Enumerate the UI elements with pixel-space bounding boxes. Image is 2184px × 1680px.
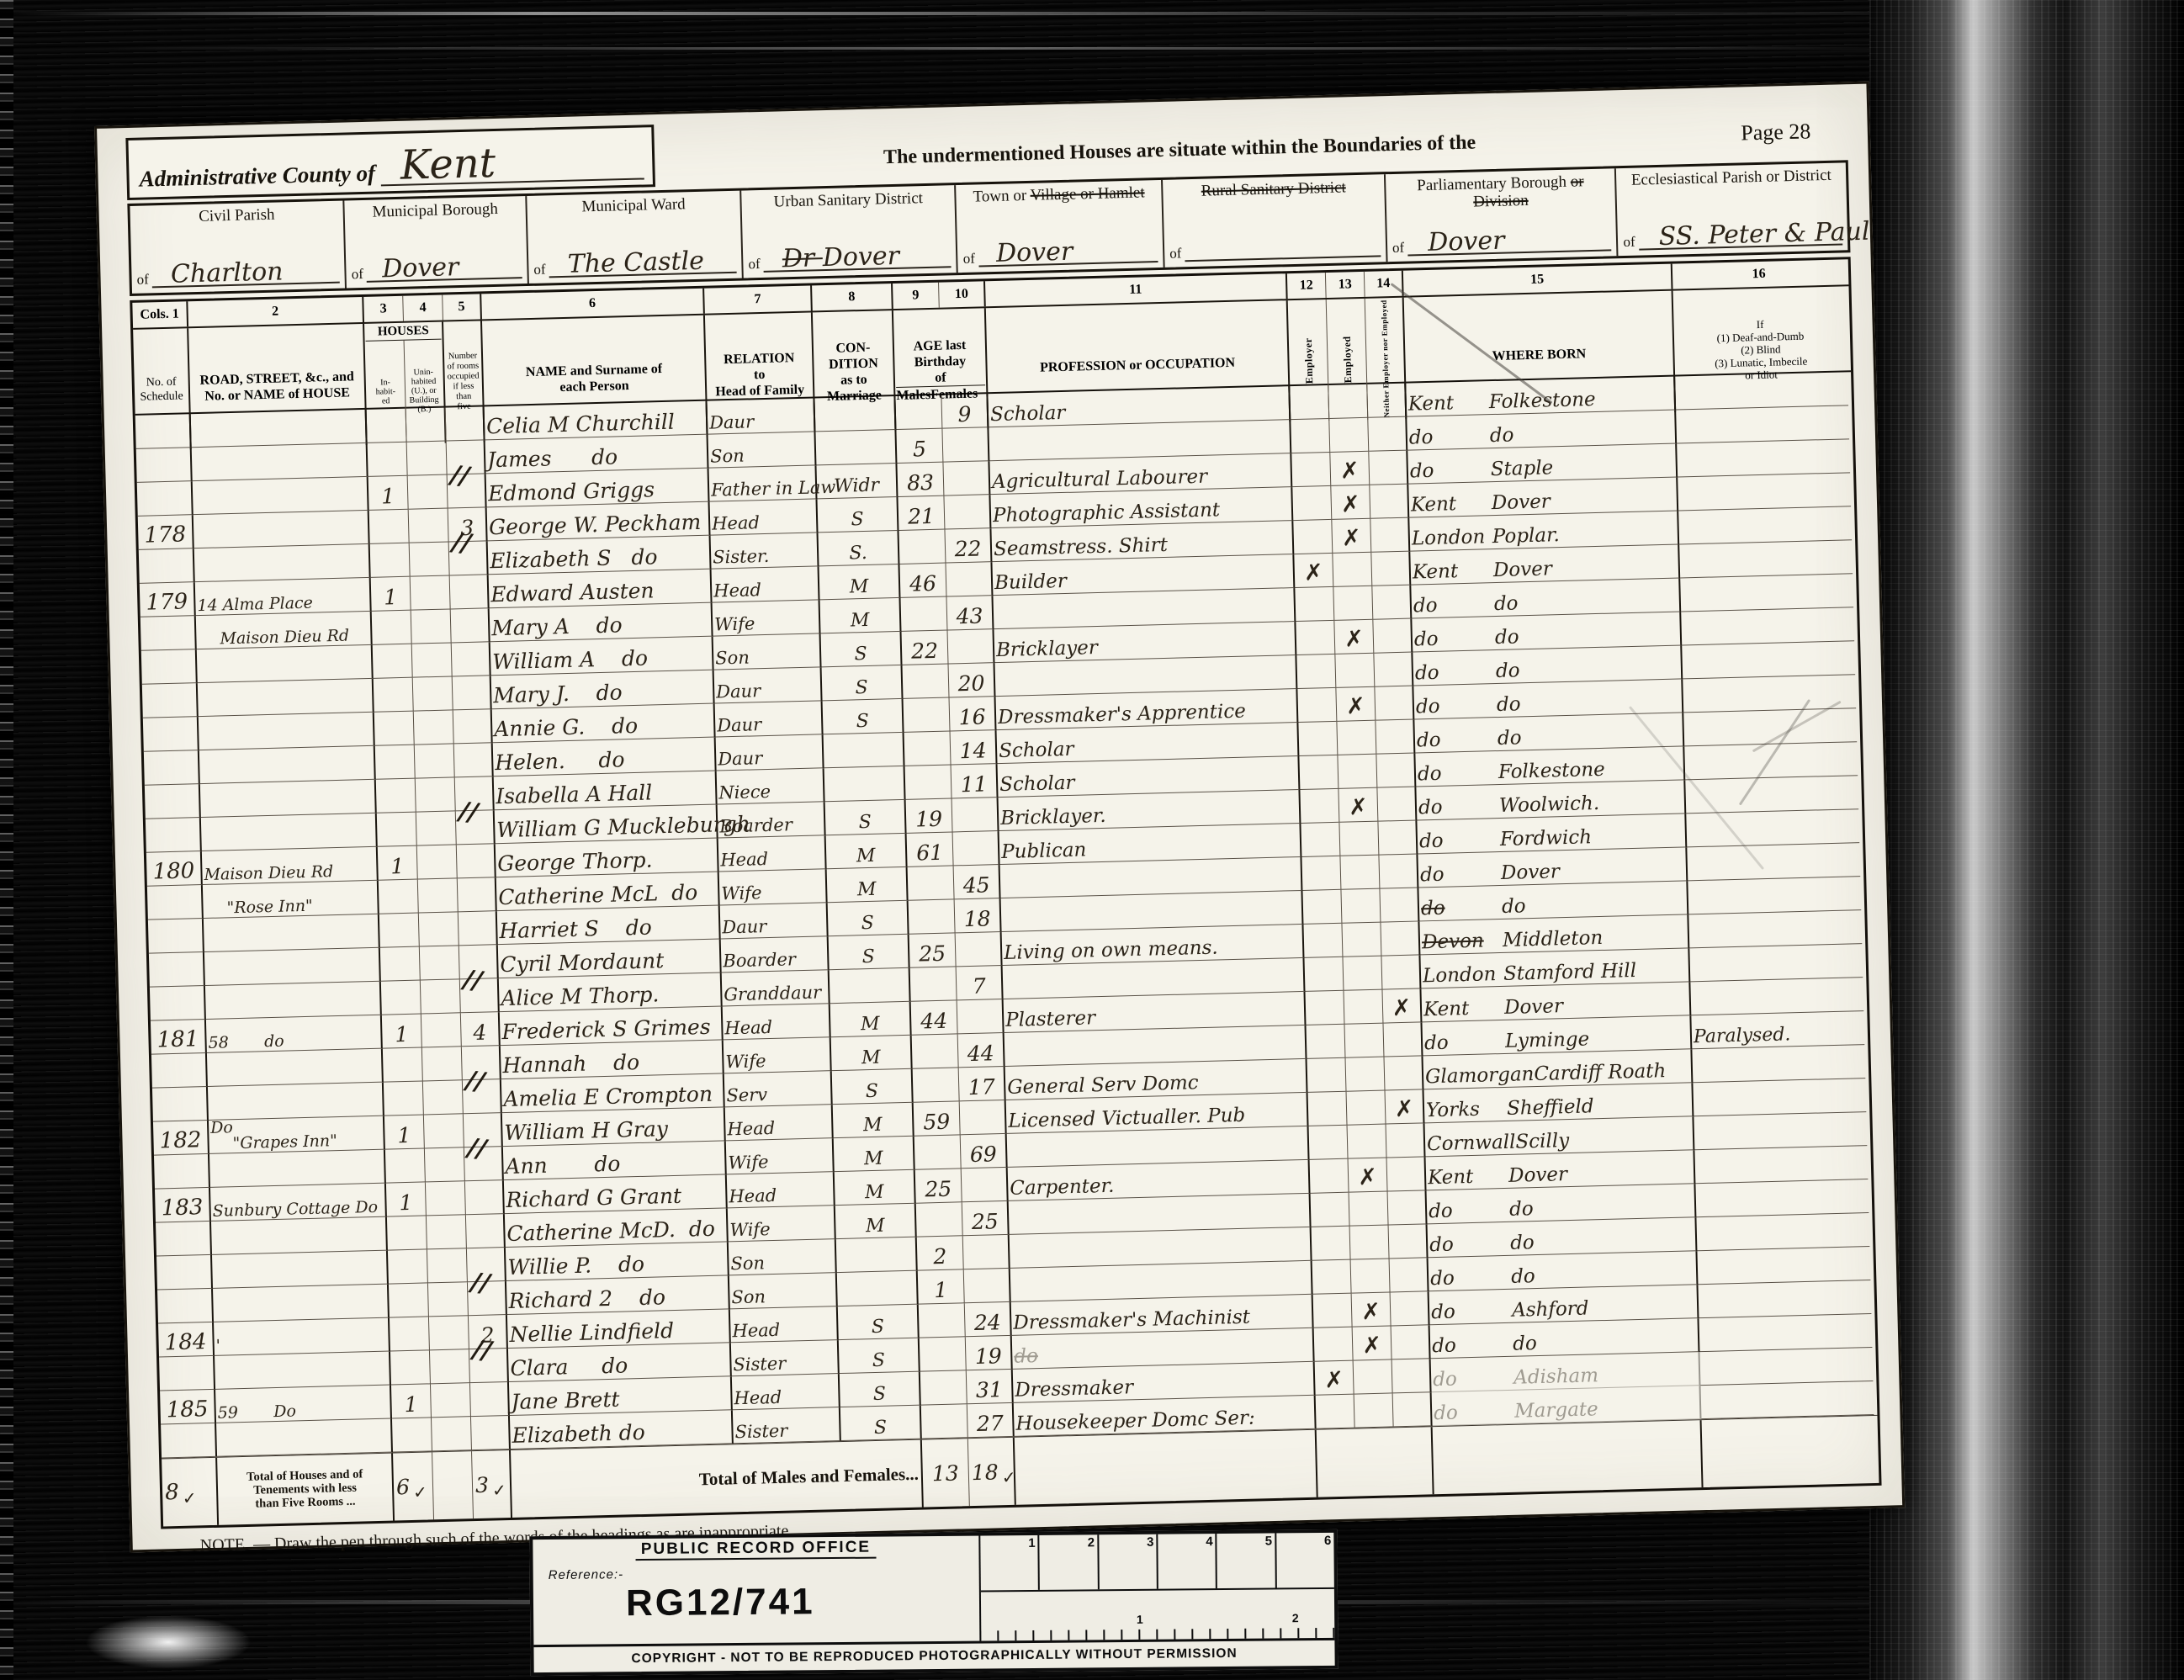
district-value-line: ofDover bbox=[962, 219, 1158, 268]
text: The Castle bbox=[567, 246, 704, 279]
cell-age-female: 20 bbox=[949, 663, 996, 697]
occupation-text: do bbox=[1014, 1345, 1038, 1368]
born-county: do bbox=[1416, 694, 1498, 718]
cell-inhabited bbox=[380, 947, 421, 982]
born-county: London bbox=[1423, 963, 1504, 987]
cell-age-male: 61 bbox=[907, 832, 954, 866]
cell-uninhabited bbox=[431, 1383, 471, 1418]
of-word: of bbox=[352, 266, 368, 283]
born-place: Ashford bbox=[1512, 1298, 1589, 1322]
born-place: Dover bbox=[1508, 1163, 1568, 1187]
cell-address: 59 Do bbox=[215, 1386, 392, 1423]
of-word: of bbox=[748, 256, 764, 273]
cell-rooms: // bbox=[468, 1281, 507, 1316]
text: 18 bbox=[971, 1460, 999, 1485]
cell-name: Cyril Mordaunt bbox=[498, 939, 722, 978]
x-mark: ✗ bbox=[1358, 1164, 1377, 1191]
cell-age-male: 25 bbox=[909, 933, 957, 967]
cell-rooms bbox=[466, 1214, 506, 1248]
cell-age-female bbox=[952, 798, 999, 832]
cell-schedule bbox=[143, 717, 199, 752]
cell-uninhabited bbox=[423, 1080, 464, 1115]
inch-segment: 1 bbox=[980, 1535, 1040, 1591]
born-county: do bbox=[1429, 1232, 1511, 1256]
cell-rooms bbox=[465, 1180, 505, 1215]
cell-inhabited bbox=[372, 611, 412, 645]
cell-inhabited bbox=[373, 644, 413, 679]
cell-schedule bbox=[145, 784, 201, 819]
col-number: 6 bbox=[481, 289, 705, 320]
cell-relation: Granddaur bbox=[722, 970, 830, 1006]
stamp-reference-label: Reference:- bbox=[549, 1567, 624, 1582]
cell-address: Maison Dieu Rd bbox=[202, 847, 379, 885]
total-inhabited: 6✓ bbox=[393, 1452, 434, 1520]
cell-inhabited bbox=[389, 1283, 429, 1317]
born-place: do bbox=[1510, 1232, 1535, 1254]
cell-uninhabited bbox=[427, 1248, 468, 1283]
cell-age-female bbox=[942, 427, 989, 462]
cell-name: Helen. do bbox=[493, 738, 717, 777]
cell-neither bbox=[1372, 586, 1412, 620]
cell-age-female: 11 bbox=[952, 764, 999, 798]
cell-relation: Head bbox=[710, 499, 819, 535]
text: Urban Sanitary District bbox=[773, 189, 923, 210]
total-houses-label: Total of Houses and ofTenements with les… bbox=[217, 1454, 395, 1525]
cell-condition: S bbox=[823, 699, 904, 734]
district-underline bbox=[1184, 211, 1381, 262]
cell-infirmity bbox=[1694, 1146, 1868, 1184]
cell-neither: ✗ bbox=[1382, 988, 1422, 1023]
cell-employer bbox=[1296, 655, 1336, 689]
x-mark: ✗ bbox=[1344, 626, 1364, 653]
born-county: do bbox=[1430, 1266, 1512, 1290]
cell-age-male: 25 bbox=[915, 1169, 962, 1203]
cell-condition: Widr bbox=[816, 464, 898, 499]
cell-age-female: 69 bbox=[961, 1134, 1008, 1169]
district-underline: SS. Peter & Paul bbox=[1638, 199, 1843, 250]
household-divider-mark: // bbox=[451, 527, 473, 559]
cell-relation: Daur bbox=[720, 903, 829, 939]
cell-age-male bbox=[913, 1068, 960, 1102]
cell-employer bbox=[1300, 789, 1339, 824]
header-line: DITION bbox=[829, 356, 878, 373]
born-county: do bbox=[1418, 761, 1499, 785]
cell-employed bbox=[1349, 1191, 1389, 1226]
born-county: do bbox=[1434, 1401, 1515, 1424]
cell-inhabited bbox=[390, 1317, 430, 1351]
stamp-office-title: PUBLIC RECORD OFFICE bbox=[533, 1538, 978, 1561]
district-value: Dover bbox=[996, 237, 1073, 268]
x-mark: ✗ bbox=[1362, 1333, 1381, 1359]
occupation-text: Publican bbox=[1001, 839, 1087, 863]
cell-schedule bbox=[137, 481, 193, 517]
cell-condition: S bbox=[832, 1069, 914, 1105]
cell-age-male bbox=[904, 731, 952, 766]
cell-name: George Thorp. bbox=[496, 839, 719, 878]
cell-inhabited bbox=[374, 712, 415, 746]
district-value: Dover bbox=[1428, 226, 1505, 257]
text: Parliamentary Borough bbox=[1417, 173, 1571, 195]
cell-employer bbox=[1305, 991, 1344, 1025]
cell-employed: ✗ bbox=[1334, 620, 1374, 655]
cell-employed bbox=[1344, 990, 1383, 1025]
cell-relation: Sister bbox=[731, 1340, 840, 1376]
occupation-text: Housekeeper Domc Ser: bbox=[1015, 1407, 1255, 1435]
cell-employed: ✗ bbox=[1352, 1292, 1392, 1327]
total-schedule: 8✓ bbox=[162, 1458, 219, 1527]
address-line1: 59 Do bbox=[218, 1403, 297, 1421]
cell-employed bbox=[1335, 654, 1375, 688]
cell-relation: Niece bbox=[717, 768, 825, 804]
born-county: do bbox=[1419, 829, 1501, 852]
cell-neither bbox=[1367, 384, 1407, 418]
header-line: if less bbox=[453, 382, 474, 393]
cell-condition: M bbox=[820, 598, 902, 633]
cell-address bbox=[194, 544, 371, 582]
cell-employer bbox=[1308, 1092, 1348, 1126]
cell-infirmity bbox=[1689, 944, 1863, 982]
text: Employed bbox=[1341, 336, 1352, 383]
cell-infirmity bbox=[1699, 1314, 1872, 1352]
address-line1: ' bbox=[216, 1338, 221, 1354]
occupation-text: Seamstress. Shirt bbox=[994, 534, 1169, 560]
table-rows: Celia M ChurchillDaur9ScholarKentFolkest… bbox=[135, 372, 1878, 1458]
cell-schedule: 178 bbox=[138, 515, 194, 550]
cell-relation: Son bbox=[729, 1239, 837, 1275]
cell-inhabited bbox=[390, 1350, 431, 1385]
cell-age-female: 22 bbox=[945, 528, 992, 563]
cell-uninhabited bbox=[429, 1316, 469, 1350]
cell-uninhabited bbox=[427, 1215, 467, 1249]
cell-relation: Son bbox=[729, 1273, 838, 1309]
district-underline: Dover bbox=[366, 233, 522, 283]
occupation-text: Carpenter. bbox=[1010, 1175, 1115, 1200]
district-value-line: ofThe Castle bbox=[533, 230, 736, 278]
header-line: than bbox=[456, 392, 471, 402]
cell-neither bbox=[1381, 921, 1420, 956]
cell-relation: Head bbox=[732, 1374, 840, 1410]
cell-infirmity bbox=[1685, 776, 1858, 814]
cell-relation: Wife bbox=[713, 600, 821, 636]
cell-employed bbox=[1333, 553, 1372, 587]
cell-inhabited: 1 bbox=[386, 1182, 427, 1216]
cell-infirmity bbox=[1676, 405, 1849, 443]
cell-address bbox=[197, 645, 374, 683]
cell-employed bbox=[1329, 418, 1369, 453]
cell-employed bbox=[1350, 1225, 1390, 1259]
cell-schedule bbox=[148, 919, 204, 954]
cell-rooms bbox=[452, 642, 491, 676]
cell-infirmity bbox=[1687, 843, 1860, 881]
address-line1: 58 do bbox=[208, 1034, 284, 1052]
address-lines: "Rose Inn" bbox=[204, 898, 313, 917]
cell-uninhabited bbox=[415, 744, 455, 778]
cell-employer bbox=[1307, 1025, 1346, 1059]
cell-inhabited bbox=[369, 510, 410, 544]
district-value: Dr Dover bbox=[782, 241, 899, 274]
cell-name: William A do bbox=[490, 637, 714, 676]
cell-age-female: 14 bbox=[951, 730, 998, 765]
cell-condition bbox=[814, 396, 896, 432]
cell-employed bbox=[1351, 1259, 1391, 1293]
cell-uninhabited bbox=[413, 676, 453, 711]
born-county: do bbox=[1417, 728, 1498, 751]
header-line: (1) Deaf-and-Dumb bbox=[1716, 329, 1804, 344]
cell-relation: Daur bbox=[714, 667, 823, 703]
total-uninhabited bbox=[432, 1451, 474, 1519]
cell-relation: Sister. bbox=[711, 533, 819, 569]
cell-age-male bbox=[921, 1404, 968, 1439]
total-houses-label-lines: Total of Houses and ofTenements with les… bbox=[220, 1467, 390, 1512]
cell-relation: Head bbox=[725, 1105, 834, 1141]
x-mark: ✗ bbox=[1346, 693, 1365, 720]
cell-age-male bbox=[903, 665, 950, 699]
cell-infirmity bbox=[1686, 809, 1859, 847]
header-line: of rooms bbox=[447, 362, 479, 373]
born-county: Yorks bbox=[1426, 1098, 1508, 1121]
cell-address bbox=[198, 679, 374, 717]
cell-uninhabited bbox=[414, 710, 454, 745]
page-number: Page 28 bbox=[1704, 118, 1847, 160]
cell-uninhabited bbox=[425, 1147, 465, 1182]
cell-employer bbox=[1296, 621, 1335, 655]
district-field-5: Rural Sanitary Districtof bbox=[1163, 174, 1387, 268]
cell-age-male: 22 bbox=[902, 631, 949, 665]
text: Municipal Ward bbox=[581, 195, 686, 215]
cell-neither bbox=[1392, 1325, 1431, 1359]
cell-name: Edmond Griggs bbox=[486, 469, 710, 508]
cell-relation: Wife bbox=[724, 1037, 832, 1073]
cell-age-female: 17 bbox=[959, 1067, 1006, 1101]
cell-age-male bbox=[908, 866, 955, 900]
cell-neither bbox=[1386, 1123, 1426, 1158]
cell-infirmity bbox=[1675, 372, 1848, 410]
born-place: do bbox=[1496, 660, 1520, 682]
cell-age-female bbox=[944, 495, 991, 529]
cell-schedule: 182 bbox=[153, 1121, 209, 1156]
cell-rooms bbox=[459, 911, 498, 946]
cell-age-female: 18 bbox=[955, 898, 1002, 933]
cell-uninhabited bbox=[432, 1417, 472, 1451]
x-mark: ✗ bbox=[1361, 1299, 1381, 1326]
text: Dover bbox=[996, 237, 1073, 268]
cell-age-female: 9 bbox=[941, 394, 989, 428]
cell-employed bbox=[1340, 856, 1380, 890]
cell-relation: Wife bbox=[726, 1138, 835, 1174]
cell-uninhabited bbox=[412, 643, 453, 677]
header-line: In- bbox=[380, 378, 390, 387]
cell-age-male bbox=[919, 1303, 966, 1338]
address-lines: ' bbox=[216, 1338, 221, 1354]
cell-infirmity bbox=[1682, 641, 1855, 679]
cell-age-male: 5 bbox=[896, 429, 943, 464]
district-value-line: ofDover bbox=[351, 235, 522, 283]
cell-infirmity bbox=[1693, 1078, 1866, 1116]
cell-age-female: 16 bbox=[950, 697, 997, 731]
cell-employer bbox=[1297, 688, 1337, 723]
text: 3 bbox=[475, 1472, 490, 1497]
household-divider-mark: // bbox=[471, 1335, 493, 1366]
district-field-1: Municipal Borough ofDover bbox=[345, 196, 529, 288]
header-line: Number bbox=[448, 352, 478, 363]
header-line: Schedule bbox=[140, 390, 183, 405]
occupation-text: Builder bbox=[994, 570, 1067, 594]
born-place: Fordwich bbox=[1500, 826, 1593, 851]
header-line: NAME and Surname of bbox=[526, 361, 663, 380]
cell-relation: Serv bbox=[724, 1071, 833, 1107]
cell-age-male bbox=[910, 967, 957, 1001]
cell-name: James do bbox=[485, 435, 709, 474]
district-value-line: ofDover bbox=[1392, 207, 1612, 257]
cell-infirmity bbox=[1699, 1348, 1873, 1386]
cell-neither bbox=[1378, 820, 1418, 855]
cell-name: Isabella A Hall bbox=[494, 771, 718, 811]
stamp-main: PUBLIC RECORD OFFICE Reference:- RG12/74… bbox=[533, 1533, 1334, 1645]
cell-name: Clara do bbox=[508, 1343, 732, 1382]
cell-inhabited: 1 bbox=[378, 846, 418, 881]
cell-employer bbox=[1311, 1193, 1350, 1227]
header-line: (U.), or bbox=[411, 386, 437, 396]
district-underline: Charlton bbox=[151, 238, 340, 289]
col-number: 14 bbox=[1365, 271, 1404, 297]
cell-employed bbox=[1333, 586, 1373, 621]
x-mark: ✗ bbox=[1340, 458, 1360, 485]
text: Charlton bbox=[171, 257, 284, 289]
col-number: 13 bbox=[1326, 272, 1365, 298]
cell-uninhabited bbox=[407, 442, 448, 476]
cell-condition: M bbox=[831, 1036, 913, 1071]
cell-uninhabited bbox=[417, 845, 458, 879]
born-place: do bbox=[1498, 727, 1522, 750]
district-value: Dover bbox=[382, 252, 459, 284]
cell-neither bbox=[1384, 1056, 1423, 1090]
cell-condition: S bbox=[840, 1372, 921, 1407]
cell-employed bbox=[1347, 1091, 1386, 1126]
born-county: do bbox=[1413, 593, 1495, 617]
born-county: London bbox=[1412, 526, 1493, 549]
text: Ecclesiastical Parish or bbox=[1631, 167, 1784, 189]
cell-schedule bbox=[161, 1423, 217, 1459]
col-number: 9 bbox=[893, 283, 940, 309]
cell-rooms: // bbox=[456, 810, 496, 845]
cell-schedule bbox=[156, 1255, 213, 1290]
col-number: 10 bbox=[939, 281, 986, 307]
cell-condition: M bbox=[835, 1170, 916, 1206]
cell-address: Do"Grapes Inn" bbox=[209, 1116, 385, 1154]
born-county: do bbox=[1421, 896, 1503, 919]
of-word: of bbox=[136, 271, 152, 288]
occupation-text: Living on own means. bbox=[1004, 937, 1218, 964]
cell-employer bbox=[1291, 453, 1331, 487]
cell-neither bbox=[1392, 1359, 1432, 1393]
of-word: of bbox=[533, 261, 549, 278]
header-line: habited bbox=[411, 377, 437, 387]
cell-relation: Head bbox=[730, 1306, 839, 1343]
cell-schedule bbox=[139, 549, 195, 584]
cell-rooms: // bbox=[448, 474, 487, 508]
cell-address bbox=[212, 1251, 389, 1289]
cell-age-female bbox=[946, 562, 993, 596]
cell-schedule bbox=[144, 750, 200, 786]
col-number: 8 bbox=[812, 284, 893, 310]
born-county: Kent bbox=[1428, 1165, 1509, 1189]
cell-infirmity bbox=[1697, 1247, 1870, 1285]
cell-age-female bbox=[957, 999, 1005, 1034]
cell-address bbox=[193, 477, 369, 515]
cell-rooms: // bbox=[469, 1349, 509, 1383]
cell-condition bbox=[824, 766, 906, 802]
cell-condition: S bbox=[817, 497, 899, 533]
cell-age-female bbox=[953, 831, 1000, 866]
cell-inhabited bbox=[392, 1418, 432, 1452]
cell-infirmity bbox=[1698, 1280, 1871, 1318]
cell-neither bbox=[1368, 417, 1407, 452]
header-line: ed bbox=[382, 396, 390, 405]
cell-neither bbox=[1370, 518, 1410, 553]
cell-condition: M bbox=[835, 1204, 917, 1239]
total-blank bbox=[1433, 1420, 1704, 1494]
born-place: do bbox=[1513, 1333, 1537, 1355]
district-value-line: ofSS. Peter & Paul bbox=[1622, 201, 1842, 251]
total-males-females-label: Total of Males and Females... bbox=[511, 1440, 924, 1518]
header-line: If bbox=[1757, 317, 1764, 330]
cell-neither bbox=[1387, 1157, 1427, 1191]
cell-name: Edward Austen bbox=[489, 570, 713, 609]
cell-name: Annie G. do bbox=[492, 704, 716, 744]
born-county: Glamorgan bbox=[1425, 1063, 1535, 1088]
cell-condition: S bbox=[822, 665, 904, 701]
address-lines: 14 Alma Place bbox=[197, 596, 313, 614]
header-line: (3) Lunatic, Imbecile bbox=[1715, 354, 1807, 369]
inch-segment: 4 bbox=[1158, 1534, 1217, 1589]
cell-employer bbox=[1290, 385, 1329, 420]
born-county: do bbox=[1409, 425, 1491, 448]
header-line: of bbox=[935, 369, 946, 385]
cell-uninhabited bbox=[430, 1349, 470, 1384]
cell-employed bbox=[1348, 1125, 1387, 1159]
x-mark: ✗ bbox=[1342, 525, 1361, 552]
cell-relation: Boarder bbox=[718, 802, 826, 838]
born-county: do bbox=[1431, 1300, 1513, 1323]
born-county: Devon bbox=[1422, 930, 1503, 953]
total-males: 13 bbox=[922, 1439, 970, 1507]
occupation-text: Bricklayer bbox=[996, 637, 1098, 661]
address-line1: Sunbury Cottage Do bbox=[212, 1200, 378, 1220]
cell-address bbox=[192, 443, 368, 481]
born-place: Dover bbox=[1504, 995, 1564, 1019]
cell-name: Celia M Churchill bbox=[485, 401, 708, 441]
cell-condition bbox=[830, 968, 911, 1004]
text: 6 bbox=[396, 1475, 411, 1499]
cell-schedule bbox=[154, 1154, 210, 1190]
header-line: occupied bbox=[448, 372, 480, 383]
stamp-reference-number: RG12/741 bbox=[626, 1581, 815, 1624]
cell-employed bbox=[1354, 1393, 1394, 1428]
born-place: Dover bbox=[1492, 490, 1551, 514]
cell-relation: Son bbox=[713, 633, 822, 670]
cell-inhabited bbox=[388, 1249, 428, 1284]
cell-employer bbox=[1301, 823, 1340, 857]
cell-uninhabited bbox=[409, 509, 449, 543]
cell-address: 58 do bbox=[206, 1015, 383, 1053]
county-underline: Kent bbox=[379, 125, 644, 186]
cell-neither bbox=[1389, 1224, 1429, 1259]
text: Rural Sanitary District bbox=[1201, 178, 1347, 199]
born-county: do bbox=[1433, 1367, 1514, 1391]
born-county: do bbox=[1420, 862, 1502, 886]
text: SS. Peter & Paul bbox=[1658, 217, 1870, 252]
cell-age-male: 21 bbox=[898, 496, 945, 531]
